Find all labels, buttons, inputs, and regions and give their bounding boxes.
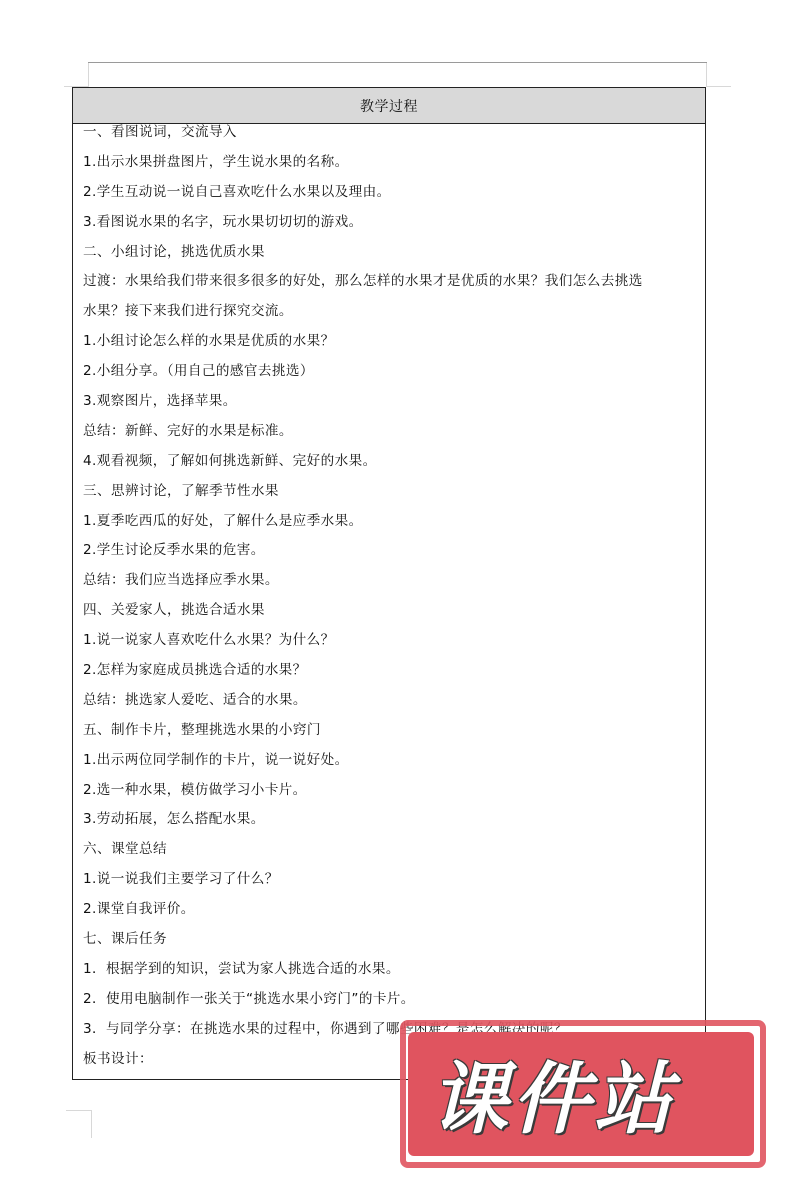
list-item: 1.出示水果拼盘图片，学生说水果的名称。 [83, 148, 695, 178]
section-heading: 七、课后任务 [83, 925, 695, 955]
page-corner-mark-top-left-v [88, 62, 89, 87]
list-item: 3.劳动拓展，怎么搭配水果。 [83, 805, 695, 835]
section-heading: 六、课堂总结 [83, 835, 695, 865]
summary-text: 总结：新鲜、完好的水果是标准。 [83, 417, 695, 447]
list-item: 2．使用电脑制作一张关于“挑选水果小窍门”的卡片。 [83, 985, 695, 1015]
section-heading: 二、小组讨论，挑选优质水果 [83, 238, 695, 268]
list-item: 2.小组分享。（用自己的感官去挑选） [83, 357, 695, 387]
section-heading: 四、关爱家人，挑选合适水果 [83, 596, 695, 626]
list-item: 4.观看视频，了解如何挑选新鲜、完好的水果。 [83, 447, 695, 477]
lesson-process-table: 教学过程 一、看图说词，交流导入 1.出示水果拼盘图片，学生说水果的名称。 2.… [72, 87, 706, 1080]
list-item: 3.观察图片，选择苹果。 [83, 387, 695, 417]
section-heading: 五、制作卡片，整理挑选水果的小窍门 [83, 716, 695, 746]
page-corner-mark-top-right-h [707, 86, 731, 87]
list-item: 2.选一种水果，模仿做学习小卡片。 [83, 776, 695, 806]
summary-text: 总结：我们应当选择应季水果。 [83, 566, 695, 596]
list-item: 1.说一说我们主要学习了什么？ [83, 865, 695, 895]
summary-text: 总结：挑选家人爱吃、适合的水果。 [83, 686, 695, 716]
list-item: 1.夏季吃西瓜的好处，了解什么是应季水果。 [83, 507, 695, 537]
transition-text: 水果？接下来我们进行探究交流。 [83, 297, 695, 327]
list-item: 2.学生互动说一说自己喜欢吃什么水果以及理由。 [83, 178, 695, 208]
header-rule [88, 62, 707, 63]
section-heading: 三、思辨讨论，了解季节性水果 [83, 477, 695, 507]
watermark-text: 课件站 [430, 1048, 740, 1138]
list-item: 1.小组讨论怎么样的水果是优质的水果？ [83, 327, 695, 357]
page-corner-mark-top-right-v [706, 62, 707, 87]
list-item: 2.学生讨论反季水果的危害。 [83, 536, 695, 566]
watermark-stamp: 课件站 [400, 1020, 766, 1168]
transition-text: 过渡：水果给我们带来很多很多的好处，那么怎样的水果才是优质的水果？我们怎么去挑选 [83, 267, 695, 297]
table-body: 一、看图说词，交流导入 1.出示水果拼盘图片，学生说水果的名称。 2.学生互动说… [73, 118, 705, 1075]
list-item: 1．根据学到的知识，尝试为家人挑选合适的水果。 [83, 955, 695, 985]
page-corner-mark-bottom-left-v [91, 1110, 92, 1138]
section-heading: 一、看图说词，交流导入 [83, 118, 695, 148]
list-item: 2.课堂自我评价。 [83, 895, 695, 925]
list-item: 2.怎样为家庭成员挑选合适的水果？ [83, 656, 695, 686]
list-item: 1.说一说家人喜欢吃什么水果？为什么？ [83, 626, 695, 656]
page-corner-mark-bottom-left-h [66, 1110, 91, 1111]
list-item: 1.出示两位同学制作的卡片，说一说好处。 [83, 746, 695, 776]
list-item: 3.看图说水果的名字，玩水果切切切的游戏。 [83, 208, 695, 238]
